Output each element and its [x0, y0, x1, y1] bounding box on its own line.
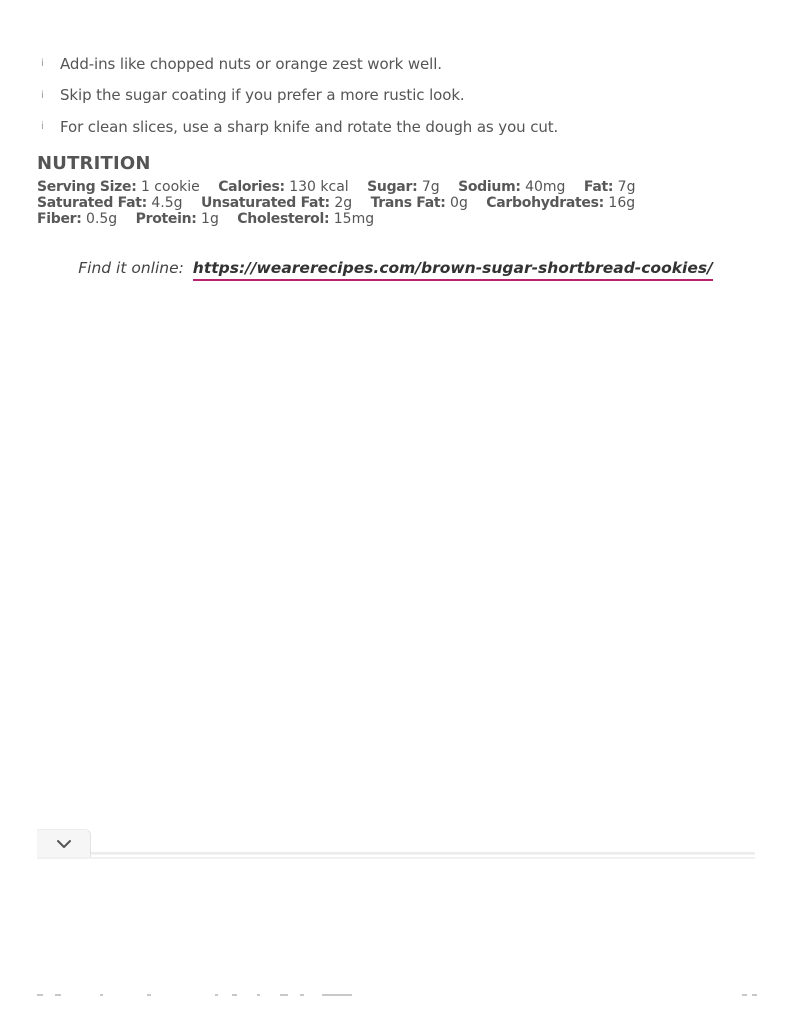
recipe-notes-list: i Add-ins like chopped nuts or orange ze… — [37, 48, 757, 143]
info-icon: i — [37, 121, 60, 132]
footer-mark — [752, 994, 757, 996]
nutrition-fiber: Fiber: 0.5g — [37, 211, 117, 227]
nutrition-row: Saturated Fat: 4.5g Unsaturated Fat: 2g … — [37, 195, 757, 211]
footer-mark — [100, 994, 103, 996]
nutrition-cholesterol: Cholesterol: 15mg — [237, 211, 374, 227]
recipe-url-link[interactable]: https://wearerecipes.com/brown-sugar-sho… — [193, 259, 713, 281]
nutrition-serving-size: Serving Size: 1 cookie — [37, 179, 200, 195]
note-text: Skip the sugar coating if you prefer a m… — [60, 86, 465, 104]
footer-mark — [55, 994, 61, 996]
nutrition-row: Fiber: 0.5g Protein: 1g Cholesterol: 15m… — [37, 211, 757, 227]
info-icon: i — [37, 90, 60, 101]
nutrition-trans-fat: Trans Fat: 0g — [371, 195, 468, 211]
footer-mark — [280, 994, 288, 996]
nutrition-calories: Calories: 130 kcal — [218, 179, 348, 195]
footer-mark — [300, 994, 304, 996]
chevron-down-icon — [56, 839, 72, 849]
find-online-label: Find it online: — [78, 259, 184, 277]
page-footer-faint — [37, 994, 757, 998]
nutrition-facts: Serving Size: 1 cookie Calories: 130 kca… — [37, 179, 757, 227]
footer-mark — [232, 994, 237, 996]
footer-mark — [215, 994, 218, 996]
nutrition-unsaturated-fat: Unsaturated Fat: 2g — [201, 195, 352, 211]
section-divider — [91, 852, 755, 854]
nutrition-heading: NUTRITION — [37, 153, 151, 174]
note-text: Add-ins like chopped nuts or orange zest… — [60, 55, 442, 73]
note-item: i Skip the sugar coating if you prefer a… — [37, 80, 757, 112]
nutrition-protein: Protein: 1g — [136, 211, 219, 227]
info-icon: i — [37, 58, 60, 69]
note-item: i For clean slices, use a sharp knife an… — [37, 111, 757, 143]
footer-mark — [257, 994, 260, 996]
nutrition-sugar: Sugar: 7g — [367, 179, 439, 195]
nutrition-row: Serving Size: 1 cookie Calories: 130 kca… — [37, 179, 757, 195]
nutrition-sodium: Sodium: 40mg — [458, 179, 565, 195]
nutrition-fat: Fat: 7g — [584, 179, 636, 195]
find-it-online: Find it online: https://wearerecipes.com… — [0, 259, 791, 277]
footer-mark — [147, 994, 151, 996]
nutrition-saturated-fat: Saturated Fat: 4.5g — [37, 195, 183, 211]
collapse-toggle-tab[interactable] — [37, 829, 91, 857]
note-item: i Add-ins like chopped nuts or orange ze… — [37, 48, 757, 80]
note-text: For clean slices, use a sharp knife and … — [60, 118, 558, 136]
footer-mark — [742, 994, 747, 996]
footer-mark — [37, 994, 43, 996]
footer-mark — [322, 994, 352, 996]
section-divider — [37, 857, 755, 859]
nutrition-carbohydrates: Carbohydrates: 16g — [486, 195, 635, 211]
